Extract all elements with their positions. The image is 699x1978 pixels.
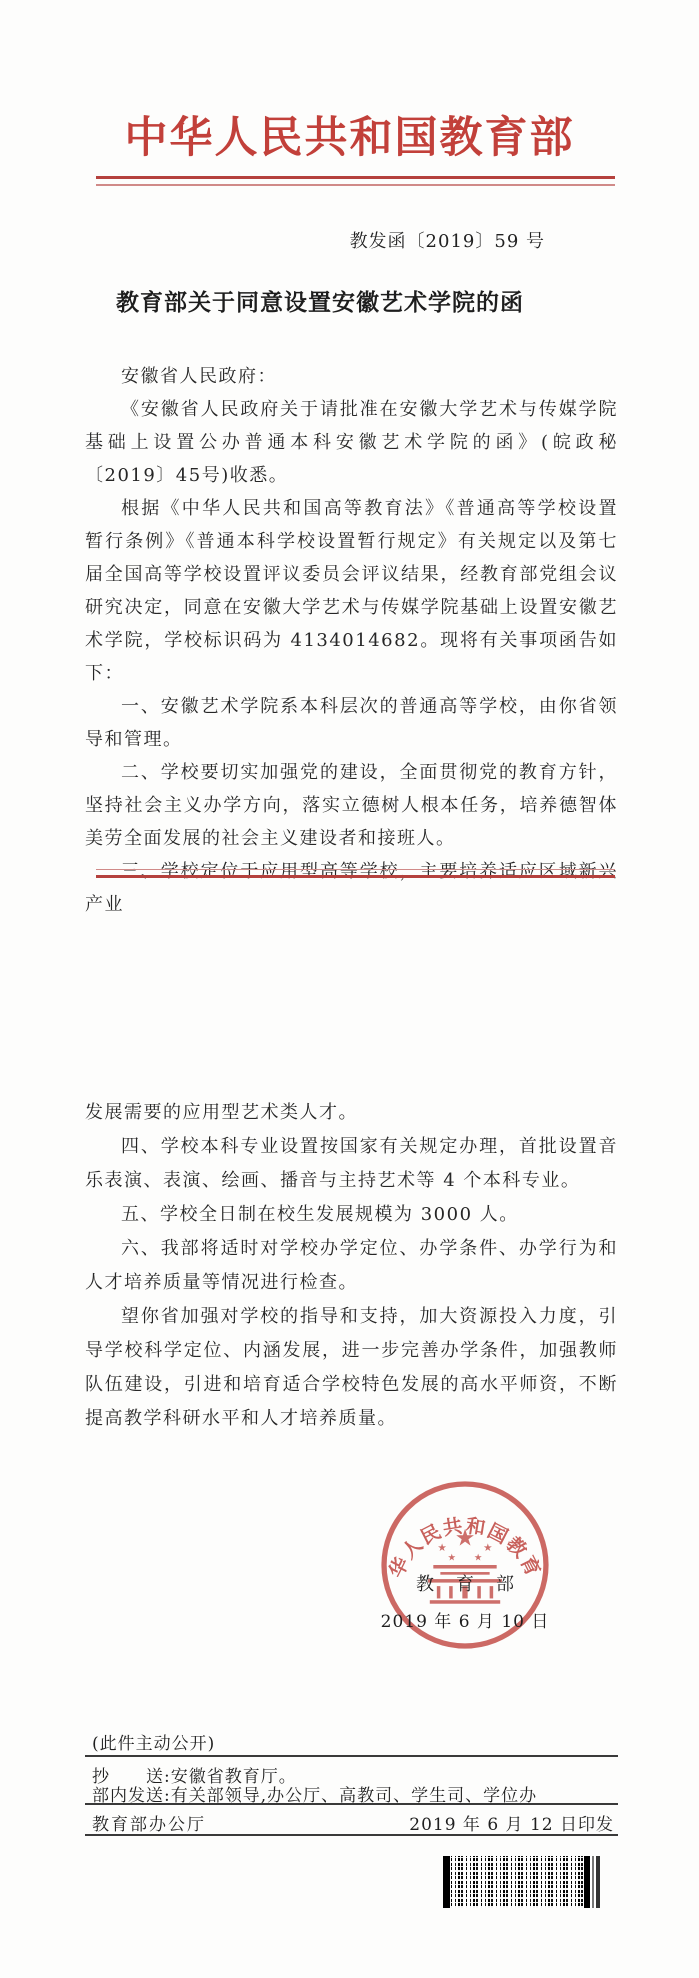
svg-text:★: ★ <box>483 1542 493 1554</box>
footer-rule <box>85 1803 618 1805</box>
issuing-office: 教育部办公厅 <box>92 1810 206 1835</box>
official-letter-scan: 中华人民共和国教育部 教发函〔2019〕59 号 教育部关于同意设置安徽艺术学院… <box>0 0 699 1978</box>
body-paragraph: 六、我部将适时对学校办学定位、办学条件、办学行为和人才培养质量等情况进行检查。 <box>85 1232 618 1300</box>
signer-name: 教育部 <box>377 1570 553 1596</box>
body-paragraph: 二、学校要切实加强党的建设，全面贯彻党的教育方针，坚持社会主义办学方向，落实立德… <box>85 756 618 855</box>
svg-text:★: ★ <box>474 1553 483 1564</box>
svg-text:★: ★ <box>437 1542 447 1554</box>
body-paragraph: 望你省加强对学校的指导和支持，加大资源投入力度，引导学校科学定位、内涵发展，进一… <box>85 1300 618 1436</box>
body-paragraph: 《安徽省人民政府关于请批准在安徽大学艺术与传媒学院基础上设置公办普通本科安徽艺术… <box>85 393 618 492</box>
svg-text:★: ★ <box>447 1553 456 1564</box>
body-page2: 发展需要的应用型艺术类人才。 四、学校本科专业设置按国家有关规定办理，首批设置音… <box>85 1096 618 1436</box>
page1-footer-double-rule <box>96 869 615 878</box>
barcode-image <box>443 1856 600 1908</box>
disclosure-note: (此件主动公开) <box>92 1729 215 1754</box>
letterhead-title: 中华人民共和国教育部 <box>0 104 699 165</box>
document-title: 教育部关于同意设置安徽艺术学院的函 <box>0 284 640 317</box>
body-paragraph: 三、学校定位于应用型高等学校，主要培养适应区域新兴产业 <box>85 855 618 921</box>
body-page1: 安徽省人民政府： 《安徽省人民政府关于请批准在安徽大学艺术与传媒学院基础上设置公… <box>85 360 618 921</box>
body-paragraph: 一、安徽艺术学院系本科层次的普通高等学校，由你省领导和管理。 <box>85 690 618 756</box>
svg-text:★: ★ <box>455 1526 476 1552</box>
letterhead-double-rule <box>96 176 615 186</box>
print-date: 2019 年 6 月 12 日印发 <box>409 1810 614 1835</box>
salutation: 安徽省人民政府： <box>85 360 618 393</box>
doc-number: 教发函〔2019〕59 号 <box>350 227 545 253</box>
footer-rule <box>85 1755 618 1757</box>
body-paragraph-continuation: 发展需要的应用型艺术类人才。 <box>85 1096 618 1130</box>
body-paragraph: 五、学校全日制在校生发展规模为 3000 人。 <box>85 1198 618 1232</box>
body-paragraph: 根据《中华人民共和国高等教育法》《普通高等学校设置暂行条例》《普通本科学校设置暂… <box>85 492 618 690</box>
page1-paragraphs: 《安徽省人民政府关于请批准在安徽大学艺术与传媒学院基础上设置公办普通本科安徽艺术… <box>85 393 618 921</box>
seal-date: 2019 年 6 月 10 日 <box>360 1607 570 1632</box>
page2-paragraphs: 四、学校本科专业设置按国家有关规定办理，首批设置音乐表演、表演、绘画、播音与主持… <box>85 1130 618 1436</box>
footer-rule <box>85 1834 618 1836</box>
body-paragraph: 四、学校本科专业设置按国家有关规定办理，首批设置音乐表演、表演、绘画、播音与主持… <box>85 1130 618 1198</box>
